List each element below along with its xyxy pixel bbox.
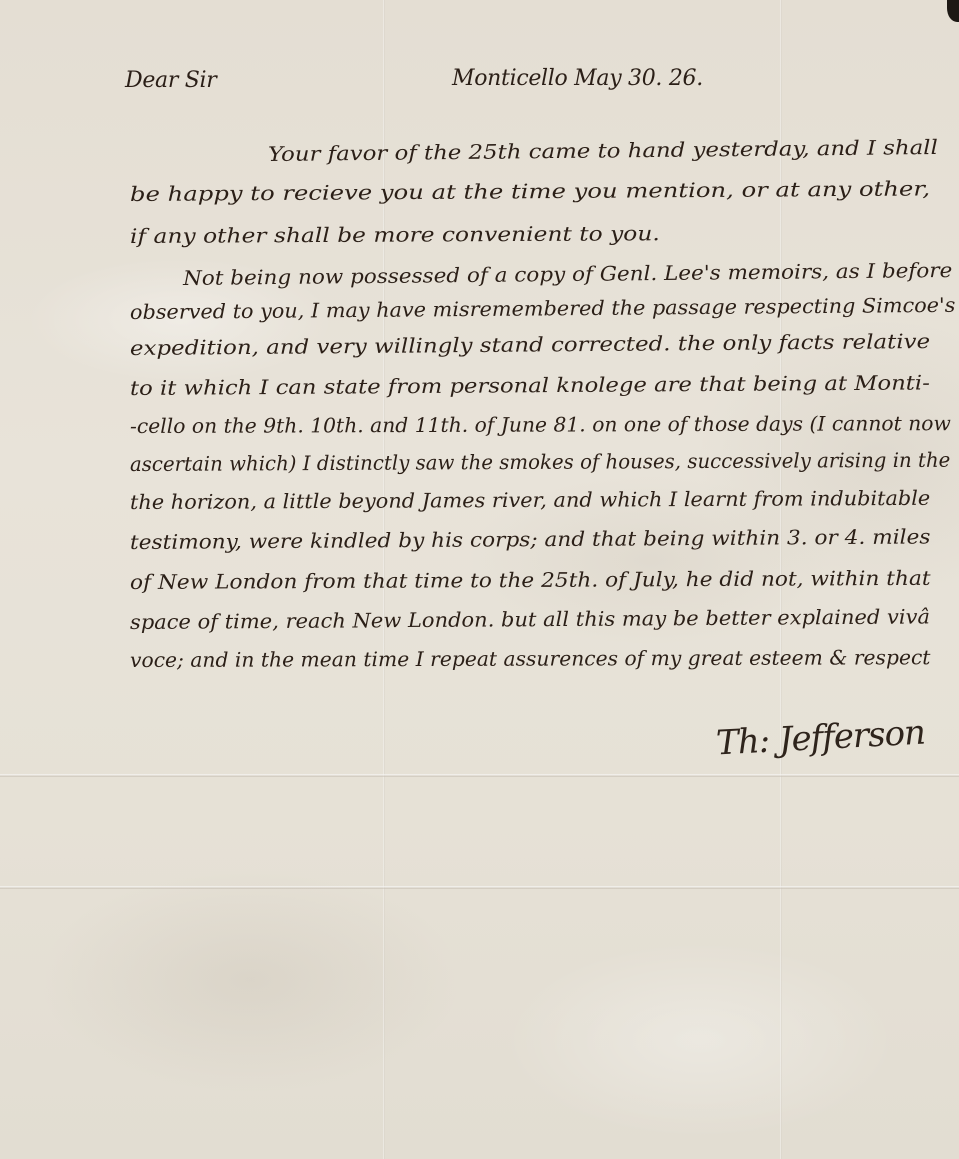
corner-ink-mark [947,0,959,22]
body-line: Your favor of the 25th came to hand yest… [268,135,938,166]
body-line: ascertain which) I distinctly saw the sm… [130,448,950,476]
horizontal-fold-line [0,886,959,889]
body-line: Not being now possessed of a copy of Gen… [183,258,953,290]
signature: Th: Jefferson [715,713,926,764]
horizontal-fold-line [0,774,959,777]
body-line: the horizon, a little beyond James river… [130,486,930,514]
letter-page: Dear Sir Monticello May 30. 26. Your fav… [0,0,959,1159]
body-line: to it which I can state from personal kn… [130,370,930,400]
dateline: Monticello May 30. 26. [452,66,703,91]
body-line: testimony, were kindled by his corps; an… [130,524,931,554]
body-line: of New London from that time to the 25th… [130,566,931,594]
salutation: Dear Sir [125,68,217,93]
body-line: -cello on the 9th. 10th. and 11th. of Ju… [130,411,951,438]
body-line: if any other shall be more convenient to… [130,221,660,248]
body-line: space of time, reach New London. but all… [130,604,930,634]
body-line: expedition, and very willingly stand cor… [130,329,930,360]
body-line: observed to you, I may have misremembere… [130,293,956,324]
body-line: be happy to recieve you at the time you … [130,176,930,206]
body-line: voce; and in the mean time I repeat assu… [130,645,931,672]
